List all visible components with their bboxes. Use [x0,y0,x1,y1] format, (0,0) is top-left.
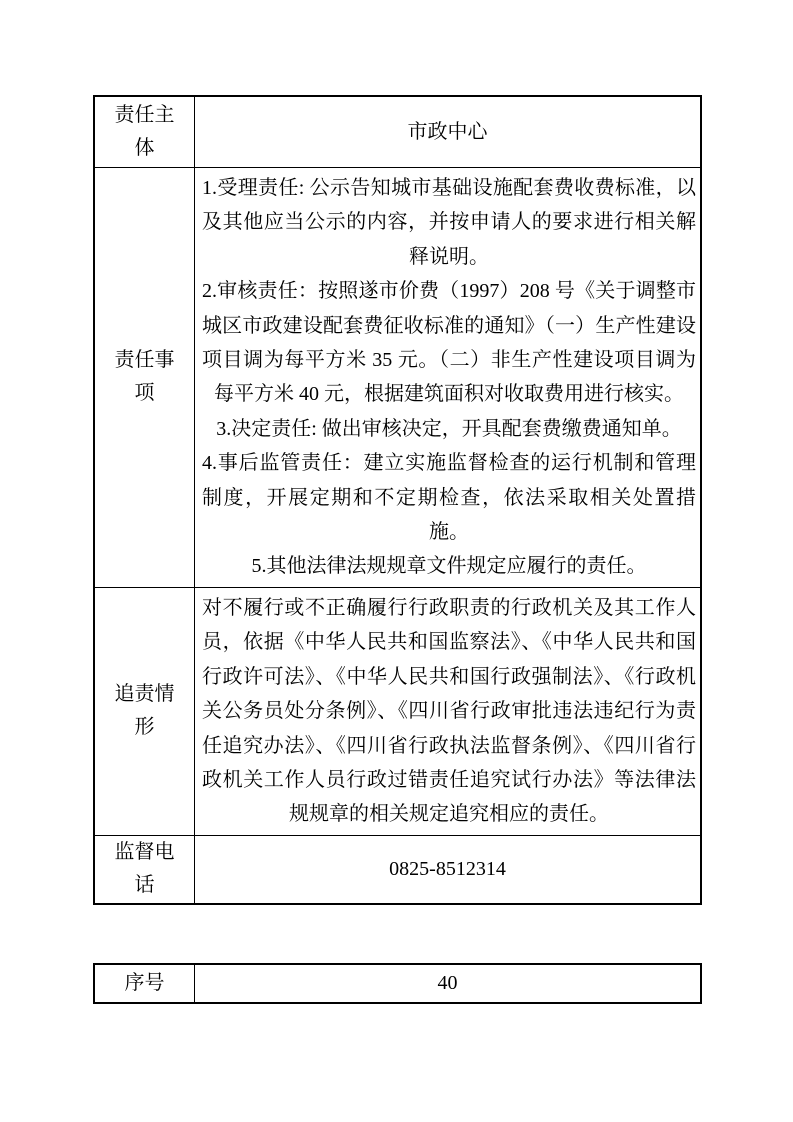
duty-item-1: 1.受理责任: 公示告知城市基础设施配套费收费标准，以及其他应当公示的内容，并按… [202,171,696,274]
supervision-phone-header: 监督电话 [95,836,195,903]
header-label: 责任主体 [112,99,178,165]
accountability-header: 追责情形 [95,588,195,835]
duty-item-5: 5.其他法律法规规章文件规定应履行的责任。 [202,549,696,583]
responsibility-subject-header: 责任主体 [95,97,195,167]
phone-number-text: 0825-8512314 [389,853,506,886]
duty-item-3: 3.决定责任: 做出审核决定，开具配套费缴费通知单。 [202,412,696,446]
row-responsibility-subject: 责任主体 市政中心 [95,97,700,167]
serial-number-value: 40 [195,965,700,1002]
row-supervision-phone: 监督电话 0825-8512314 [95,835,700,903]
header-label: 监督电话 [112,836,178,902]
accountability-text: 对不履行或不正确履行行政职责的行政机关及其工作人员，依据《中华人民共和国监察法》… [202,591,696,832]
row-responsibility-items: 责任事项 1.受理责任: 公示告知城市基础设施配套费收费标准，以及其他应当公示的… [95,167,700,587]
responsibility-items-header: 责任事项 [95,168,195,587]
duty-item-4: 4.事后监管责任：建立实施监督检查的运行机制和管理制度，开展定期和不定期检查，依… [202,446,696,549]
responsibility-items-content: 1.受理责任: 公示告知城市基础设施配套费收费标准，以及其他应当公示的内容，并按… [195,168,700,587]
header-label: 序号 [125,967,165,1000]
subject-text: 市政中心 [408,116,488,149]
row-accountability: 追责情形 对不履行或不正确履行行政职责的行政机关及其工作人员，依据《中华人民共和… [95,587,700,835]
responsibility-table: 责任主体 市政中心 责任事项 1.受理责任: 公示告知城市基础设施配套费收费标准… [93,95,702,905]
supervision-phone-value: 0825-8512314 [195,836,700,903]
row-serial-number: 序号 40 [95,965,700,1002]
serial-number-text: 40 [438,967,458,1000]
accountability-content: 对不履行或不正确履行行政职责的行政机关及其工作人员，依据《中华人民共和国监察法》… [195,588,700,835]
serial-number-table: 序号 40 [93,963,702,1004]
document-page: 责任主体 市政中心 责任事项 1.受理责任: 公示告知城市基础设施配套费收费标准… [0,0,793,1122]
responsibility-subject-value: 市政中心 [195,97,700,167]
serial-number-header: 序号 [95,965,195,1002]
header-label: 责任事项 [112,344,178,410]
header-label: 追责情形 [112,678,178,744]
duty-item-2: 2.审核责任：按照遂市价费（1997）208 号《关于调整市城区市政建设配套费征… [202,274,696,412]
